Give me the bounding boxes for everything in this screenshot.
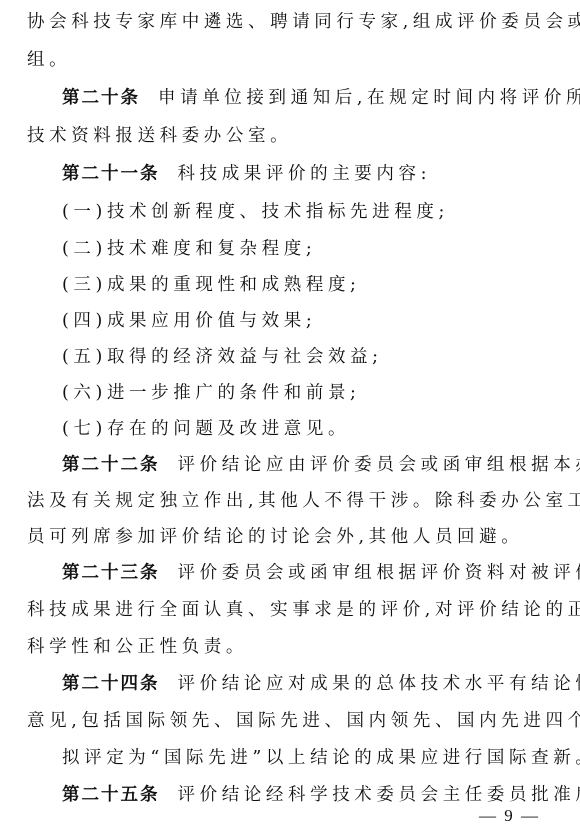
text-line: 组。 (27, 41, 547, 79)
list-item-text: (七)存在的问题及改进意见。 (62, 419, 350, 439)
text-line: 科技成果进行全面认真、实事求是的评价,对评价结论的正确性、 (27, 591, 547, 629)
list-item-text: (五)取得的经济效益与社会效益; (62, 347, 383, 367)
document-page: 协会科技专家库中遴选、聘请同行专家,组成评价委员会或函审 组。 第二十条申请单位… (0, 0, 580, 838)
paragraph-text: 科技成果进行全面认真、实事求是的评价,对评价结论的正确性、 (27, 600, 580, 620)
text-line: 意见,包括国际领先、国际先进、国内领先、国内先进四个等级。 (27, 702, 547, 740)
text-line: 拟评定为“国际先进”以上结论的成果应进行国际查新。 (62, 739, 547, 777)
article-21: 第二十一条科技成果评价的主要内容: (62, 155, 547, 193)
article-heading: 第二十三条 (62, 563, 160, 583)
paragraph-text: 科学性和公正性负责。 (27, 637, 248, 657)
paragraph-text: 法及有关规定独立作出,其他人不得干涉。除科委办公室工作人 (27, 491, 580, 511)
list-item: (七)存在的问题及改进意见。 (62, 410, 547, 448)
paragraph-text: 协会科技专家库中遴选、聘请同行专家,组成评价委员会或函审 (27, 12, 580, 32)
list-item-text: (四)成果应用价值与效果; (62, 311, 316, 331)
article-22: 第二十二条评价结论应由评价委员会或函审组根据本办 (62, 446, 547, 484)
article-23: 第二十三条评价委员会或函审组根据评价资料对被评价 (62, 554, 547, 592)
paragraph-text: 意见,包括国际领先、国际先进、国内领先、国内先进四个等级。 (27, 711, 580, 731)
page-number: — 9 — (479, 806, 540, 826)
article-heading: 第二十四条 (62, 674, 160, 694)
paragraph-text: 评价结论经科学技术委员会主任委员批准后, (178, 785, 580, 805)
text-line: 科学性和公正性负责。 (27, 628, 547, 666)
article-heading: 第二十条 (62, 88, 140, 108)
article-heading: 第二十一条 (62, 164, 160, 184)
article-20: 第二十条申请单位接到通知后,在规定时间内将评价所需 (62, 79, 547, 117)
text-line: 协会科技专家库中遴选、聘请同行专家,组成评价委员会或函审 (27, 3, 547, 41)
article-heading: 第二十五条 (62, 785, 160, 805)
text-line: 员可列席参加评价结论的讨论会外,其他人员回避。 (27, 518, 547, 556)
paragraph-text: 技术资料报送科委办公室。 (27, 126, 292, 146)
list-item-text: (三)成果的重现性和成熟程度; (62, 275, 361, 295)
paragraph-text: 科技成果评价的主要内容: (178, 164, 432, 184)
list-item-text: (一)技术创新程度、技术指标先进程度; (62, 202, 449, 222)
paragraph-text: 组。 (27, 50, 71, 70)
list-item: (五)取得的经济效益与社会效益; (62, 338, 547, 376)
list-item-text: (二)技术难度和复杂程度; (62, 239, 316, 259)
list-item: (六)进一步推广的条件和前景; (62, 374, 547, 412)
text-line: 法及有关规定独立作出,其他人不得干涉。除科委办公室工作人 (27, 482, 547, 520)
article-heading: 第二十二条 (62, 455, 160, 475)
list-item: (四)成果应用价值与效果; (62, 302, 547, 340)
paragraph-text: 拟评定为“国际先进”以上结论的成果应进行国际查新。 (62, 748, 580, 768)
paragraph-text: 评价结论应由评价委员会或函审组根据本办 (178, 455, 580, 475)
paragraph-text: 评价委员会或函审组根据评价资料对被评价 (178, 563, 580, 583)
list-item: (二)技术难度和复杂程度; (62, 230, 547, 268)
paragraph-text: 员可列席参加评价结论的讨论会外,其他人员回避。 (27, 527, 523, 547)
text-line: 技术资料报送科委办公室。 (27, 117, 547, 155)
paragraph-text: 评价结论应对成果的总体技术水平有结论性 (178, 674, 580, 694)
article-24: 第二十四条评价结论应对成果的总体技术水平有结论性 (62, 665, 547, 703)
list-item: (三)成果的重现性和成熟程度; (62, 266, 547, 304)
article-25: 第二十五条评价结论经科学技术委员会主任委员批准后, (62, 776, 547, 814)
list-item-text: (六)进一步推广的条件和前景; (62, 383, 361, 403)
list-item: (一)技术创新程度、技术指标先进程度; (62, 193, 547, 231)
paragraph-text: 申请单位接到通知后,在规定时间内将评价所需 (158, 88, 580, 108)
